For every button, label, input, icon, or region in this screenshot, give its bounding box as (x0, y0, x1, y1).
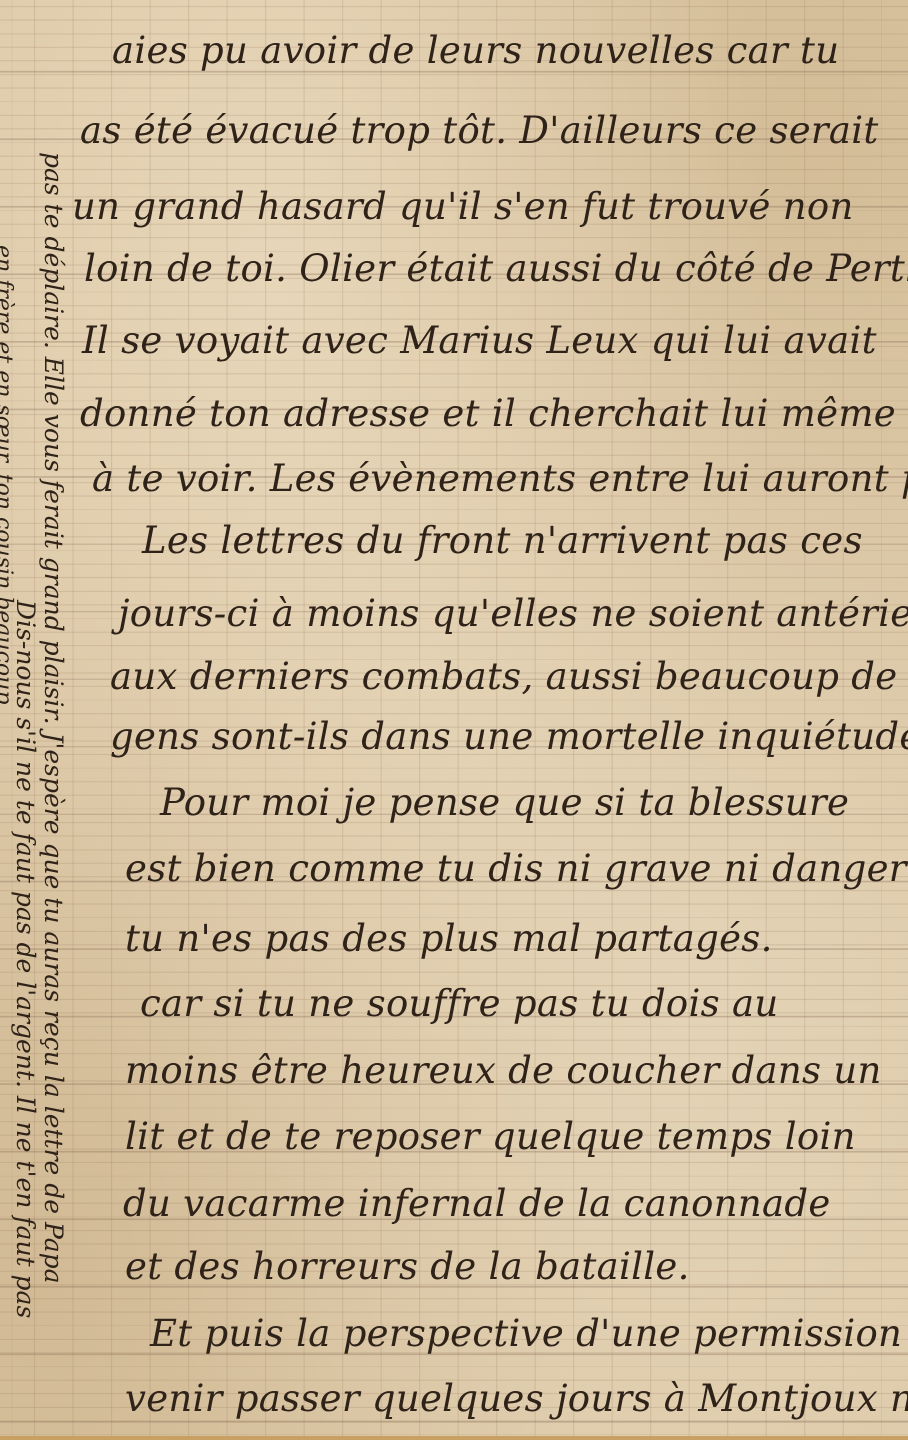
body-line: est bien comme tu dis ni grave ni danger… (125, 850, 908, 887)
body-line: du vacarme infernal de la canonnade (123, 1185, 831, 1222)
letter-body: aies pu avoir de leurs nouvelles car tu … (0, 0, 908, 1440)
body-line: jours-ci à moins qu'elles ne soient anté… (118, 595, 908, 632)
margin-note-inner: en frère et en sœur, ton cousin beaucoup (0, 245, 14, 704)
body-line: gens sont-ils dans une mortelle inquiétu… (110, 718, 908, 755)
body-line: car si tu ne souffre pas tu dois au (140, 985, 778, 1022)
body-line: Pour moi je pense que si ta blessure (160, 784, 849, 821)
body-line: loin de toi. Olier était aussi du côté d… (84, 250, 908, 287)
body-line: as été évacué trop tôt. D'ailleurs ce se… (80, 112, 879, 149)
letter-page: aies pu avoir de leurs nouvelles car tu … (0, 0, 908, 1440)
body-line: donné ton adresse et il cherchait lui mê… (80, 395, 896, 432)
body-line: aies pu avoir de leurs nouvelles car tu (112, 32, 839, 69)
body-line: moins être heureux de coucher dans un (125, 1052, 882, 1089)
body-line: tu n'es pas des plus mal partagés. (125, 920, 773, 957)
body-line: Les lettres du front n'arrivent pas ces (142, 522, 863, 559)
body-line: venir passer quelques jours à Montjoux n… (125, 1380, 908, 1417)
body-line: un grand hasard qu'il s'en fut trouvé no… (72, 188, 854, 225)
body-line: lit et de te reposer quelque temps loin (125, 1118, 856, 1155)
body-line: à te voir. Les évènements entre lui auro… (92, 460, 908, 497)
body-line: Et puis la perspective d'une permission … (150, 1315, 908, 1352)
body-line: et des horreurs de la bataille. (125, 1248, 690, 1285)
body-line: Il se voyait avec Marius Leux qui lui av… (82, 322, 877, 359)
body-line: aux derniers combats, aussi beaucoup de (110, 658, 897, 695)
margin-note-outer: pas te déplaire. Elle vous ferait grand … (41, 152, 66, 1284)
paper-bottom-edge (0, 1436, 908, 1440)
margin-note-middle: Dis-nous s'il ne te faut pas de l'argent… (13, 600, 38, 1318)
